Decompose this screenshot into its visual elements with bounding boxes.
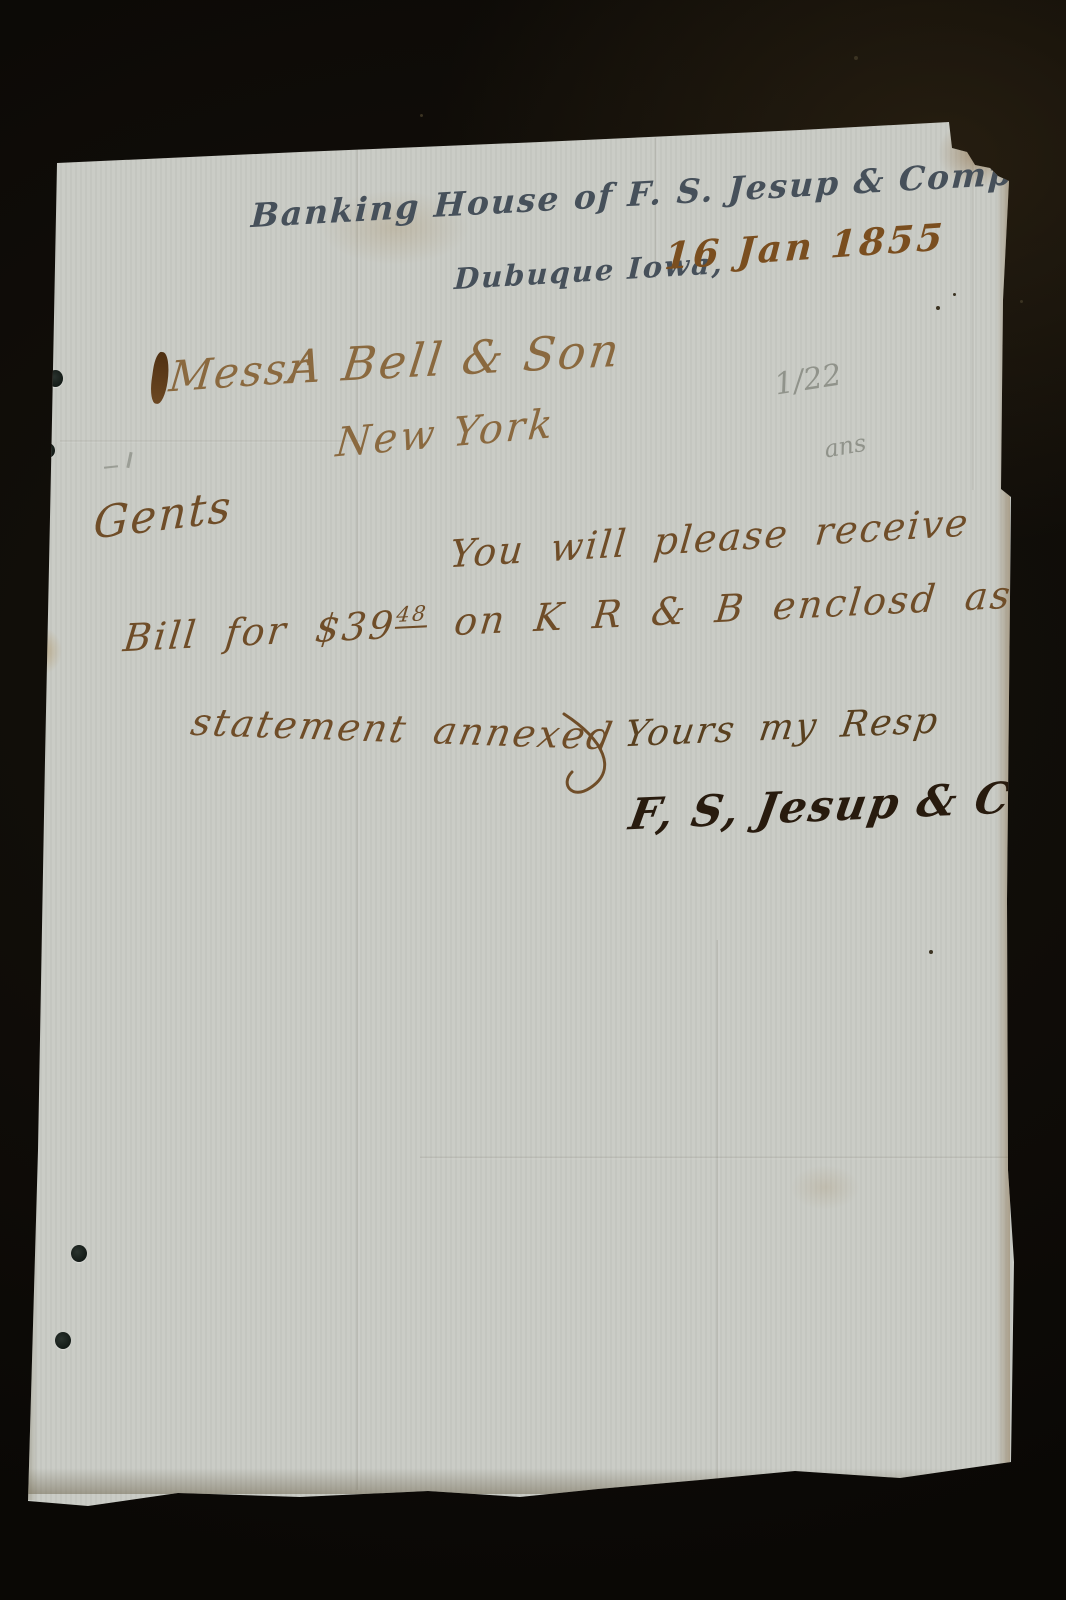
- vertical-fold-crease: [716, 940, 720, 1490]
- dust-speck: [1020, 300, 1023, 303]
- pen-flourish: [556, 712, 636, 802]
- paper-edge-left: [28, 150, 38, 1500]
- horizontal-fold-crease: [420, 1156, 1010, 1160]
- punch-hole: [41, 443, 55, 458]
- ink-speck: [936, 306, 940, 310]
- dust-speck: [420, 114, 423, 117]
- ink-speck: [929, 950, 933, 954]
- dust-speck: [854, 56, 858, 60]
- body-line-2-cents: 48: [395, 602, 429, 630]
- photo-background: Banking House of F. S. Jesup & Company D…: [0, 0, 1066, 1600]
- stain: [790, 1165, 860, 1210]
- letter-paper: Banking House of F. S. Jesup & Company D…: [0, 0, 1066, 1600]
- ink-speck: [953, 293, 956, 296]
- horizontal-crease-faint: [60, 440, 360, 443]
- paper-edge-bottom: [20, 1468, 1020, 1494]
- punch-hole: [48, 370, 63, 387]
- punch-hole: [71, 1245, 87, 1262]
- paper-edge-top: [50, 93, 1010, 130]
- stain: [26, 628, 62, 674]
- punch-hole: [55, 1332, 71, 1349]
